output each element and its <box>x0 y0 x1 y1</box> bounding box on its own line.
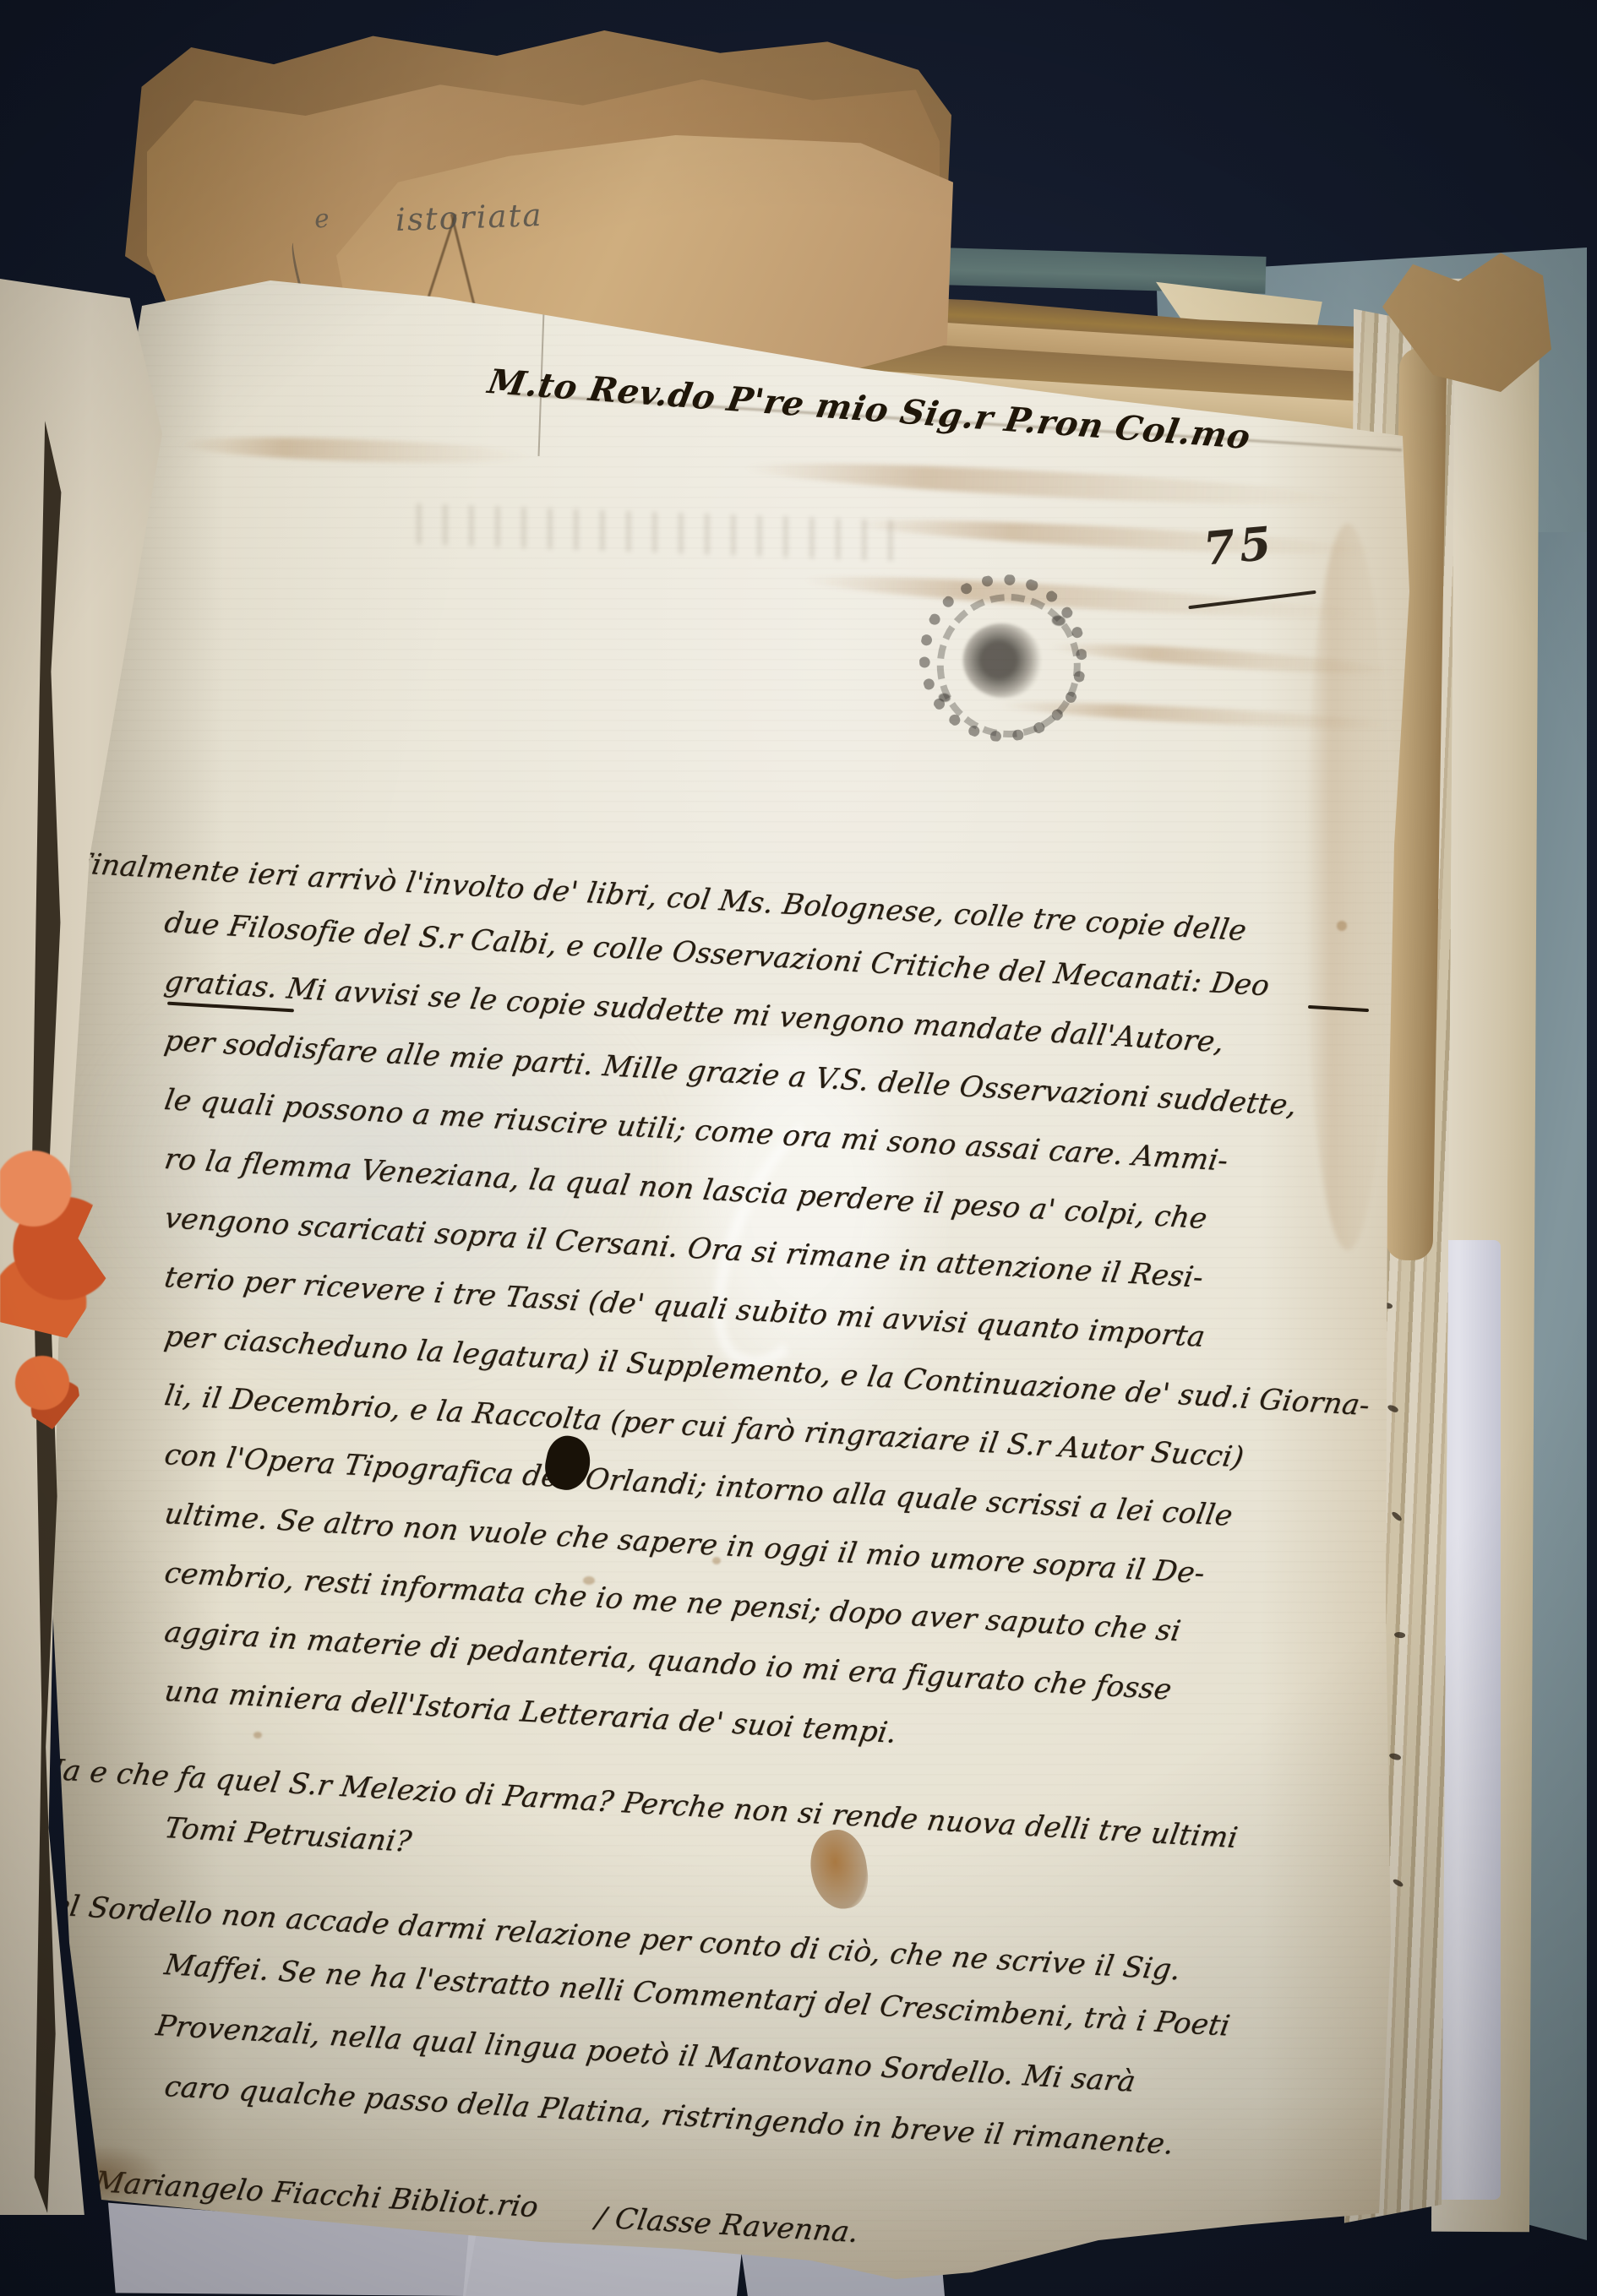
body-line: Tomi Petrusiani? <box>161 1809 414 1860</box>
show-through-ghost-writing <box>395 503 911 561</box>
folio-number: 75 <box>1201 515 1277 575</box>
foxing-streak <box>177 433 533 468</box>
library-ink-stamp <box>908 563 1098 753</box>
paper-speck <box>253 1732 262 1738</box>
foxing-streak <box>1305 524 1390 1250</box>
foxing-streak <box>744 455 1353 513</box>
paper-speck <box>1337 921 1347 931</box>
pencil-fragment: e <box>313 204 330 235</box>
foxing-streak <box>853 514 1377 561</box>
pencil-note: istoriata <box>395 197 543 238</box>
address-place: / Classe Ravenna. <box>593 2201 861 2250</box>
paper-stain <box>806 1826 872 1912</box>
photo-scene: e istoriata <box>0 0 1597 2296</box>
